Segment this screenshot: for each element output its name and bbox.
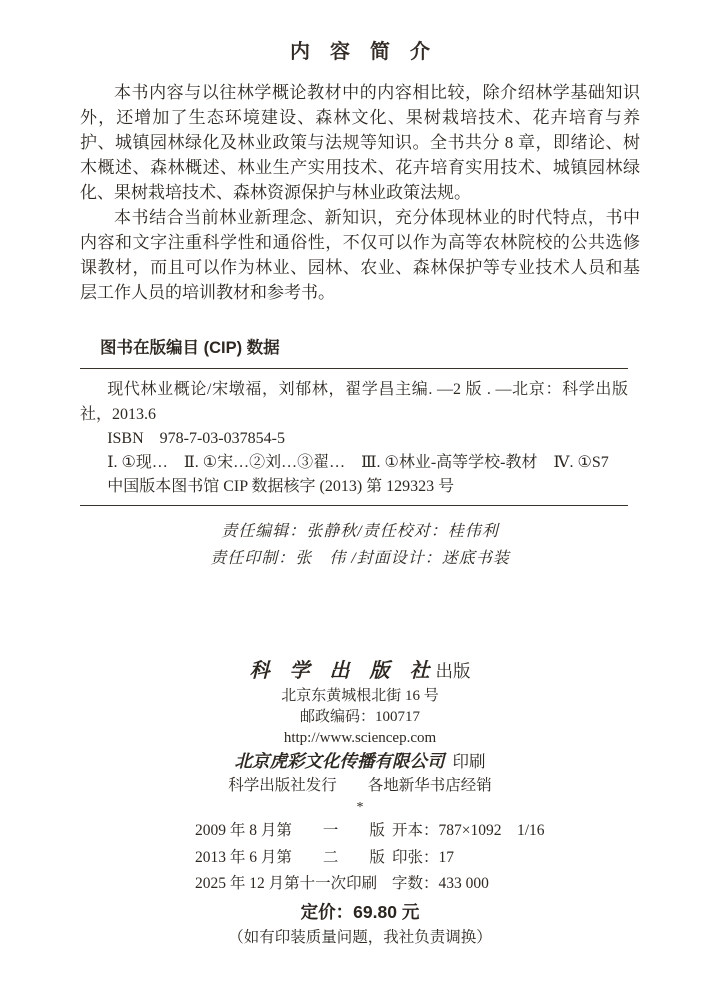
printing-date: 2025 年 12 月第十一次印刷 [195,871,392,898]
exchange-note: （如有印装质量问题，我社负责调换） [80,927,640,949]
cip-title-line: 现代林业概论/宋墩福，刘郁林，翟学昌主编. —2 版 . —北京：科学出版社，2… [80,377,628,427]
credits-printer-designer-line: 责任印制：张 伟 /封面设计：迷底书装 [80,545,640,572]
printer-role-label: 印刷 [453,752,486,771]
edition-date: 2009 年 8 月第 一 版 [195,818,392,845]
separator-star: * [80,800,640,816]
cip-block: 图书在版编目 (CIP) 数据 现代林业概论/宋墩福，刘郁林，翟学昌主编. —2… [80,337,628,506]
cip-classification-line: Ⅰ. ①现… Ⅱ. ①宋…②刘…③翟… Ⅲ. ①林业-高等学校-教材 Ⅳ. ①S… [80,451,628,475]
edition-row-first-edition: 2009 年 8 月第 一 版 开本：787×1092 1/16 [195,818,640,845]
edition-row-printing: 2025 年 12 月第十一次印刷 字数：433 000 [195,871,640,898]
book-copyright-page: 内 容 简 介 本书内容与以往林学概论教材中的内容相比较，除介绍林学基础知识外，… [0,0,720,1000]
publisher-website: http://www.sciencep.com [80,728,640,749]
printer-line: 北京虎彩文化传播有限公司印刷 [80,749,640,775]
cip-record-line: 中国版本图书馆 CIP 数据核字 (2013) 第 129323 号 [80,475,628,499]
credits-section: 责任编辑：张静秋/责任校对：桂伟利 责任印制：张 伟 /封面设计：迷底书装 [80,518,640,572]
intro-paragraph-1: 本书内容与以往林学概论教材中的内容相比较，除介绍林学基础知识外，还增加了生态环境… [80,80,640,205]
format-spec: 开本：787×1092 1/16 [392,818,640,845]
price-line: 定价：69.80 元 [80,900,640,924]
page-title: 内 容 简 介 [80,38,640,66]
publisher-postcode: 邮政编码：100717 [80,707,640,728]
publisher-line: 科 学 出 版 社出版 [80,658,640,686]
publisher-address: 北京东黄城根北街 16 号 [80,686,640,707]
edition-row-second-edition: 2013 年 6 月第 二 版 印张：17 [195,845,640,872]
word-count: 字数：433 000 [392,871,640,898]
cip-body: 现代林业概论/宋墩福，刘郁林，翟学昌主编. —2 版 . —北京：科学出版社，2… [80,369,628,506]
credits-editor-proofreader-line: 责任编辑：张静秋/责任校对：桂伟利 [80,518,640,545]
distribution-line: 科学出版社发行 各地新华书店经销 [80,775,640,797]
cip-isbn-line: ISBN 978-7-03-037854-5 [80,427,628,451]
printer-logotype: 北京虎彩文化传播有限公司 [235,751,445,771]
cip-heading: 图书在版编目 (CIP) 数据 [80,337,628,369]
publisher-section: 科 学 出 版 社出版 北京东黄城根北街 16 号 邮政编码：100717 ht… [80,658,640,816]
edition-info-section: 2009 年 8 月第 一 版 开本：787×1092 1/16 2013 年 … [80,818,640,898]
intro-paragraph-2: 本书结合当前林业新理念、新知识，充分体现林业的时代特点，书中内容和文字注重科学性… [80,205,640,305]
sheets-spec: 印张：17 [392,845,640,872]
edition-date: 2013 年 6 月第 二 版 [195,845,392,872]
publisher-logotype: 科 学 出 版 社 [250,660,430,682]
intro-section: 本书内容与以往林学概论教材中的内容相比较，除介绍林学基础知识外，还增加了生态环境… [80,80,640,305]
publisher-role-label: 出版 [436,661,471,681]
